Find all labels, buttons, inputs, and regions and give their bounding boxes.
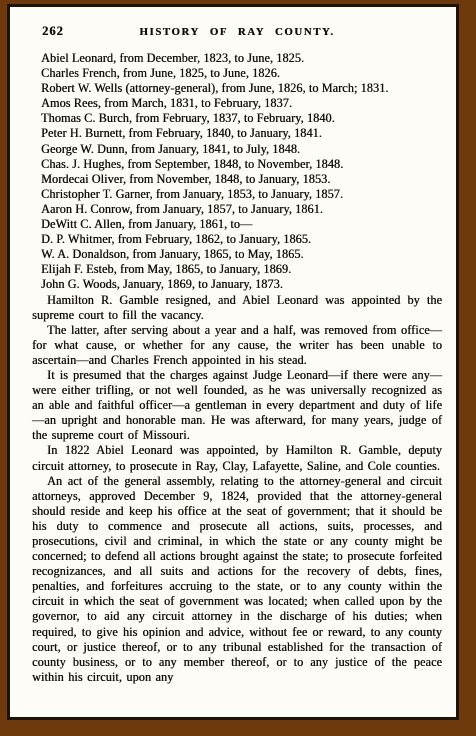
list-item: Aaron H. Conrow, from January, 1857, to … — [41, 202, 442, 217]
page-header: 262 HISTORY OF RAY COUNTY. — [32, 24, 442, 40]
page-number: 262 — [42, 24, 64, 39]
list-item: Peter H. Burnett, from February, 1840, t… — [41, 126, 442, 141]
list-item: Abiel Leonard, from December, 1823, to J… — [41, 51, 442, 66]
paragraph: An act of the general assembly, relating… — [32, 474, 442, 685]
list-item: Chas. J. Hughes, from September, 1848, t… — [41, 157, 442, 172]
paragraph: The latter, after serving about a year a… — [32, 323, 442, 368]
list-item: George W. Dunn, from January, 1841, to J… — [41, 142, 442, 157]
list-item: Robert W. Wells (attorney-general), from… — [41, 81, 442, 96]
list-item: D. P. Whitmer, from February, 1862, to J… — [41, 232, 442, 247]
body-text: Hamilton R. Gamble resigned, and Abiel L… — [32, 293, 442, 685]
paragraph: It is presumed that the charges against … — [32, 368, 442, 443]
list-item: DeWitt C. Allen, from January, 1861, to— — [41, 217, 442, 232]
list-item: Charles French, from June, 1825, to June… — [41, 66, 442, 81]
list-item: Thomas C. Burch, from February, 1837, to… — [41, 111, 442, 126]
running-title: HISTORY OF RAY COUNTY. — [139, 26, 334, 38]
list-item: Amos Rees, from March, 1831, to February… — [41, 96, 442, 111]
list-item: John G. Woods, January, 1869, to January… — [41, 277, 442, 292]
paragraph: In 1822 Abiel Leonard was appointed, by … — [32, 443, 442, 473]
list-item: Mordecai Oliver, from November, 1848, to… — [41, 172, 442, 187]
list-item: Christopher T. Garner, from January, 185… — [41, 187, 442, 202]
paragraph: Hamilton R. Gamble resigned, and Abiel L… — [32, 293, 442, 323]
list-item: W. A. Donaldson, from January, 1865, to … — [41, 247, 442, 262]
attorneys-list: Abiel Leonard, from December, 1823, to J… — [41, 51, 442, 293]
list-item: Elijah F. Esteb, from May, 1865, to Janu… — [41, 262, 442, 277]
book-page: 262 HISTORY OF RAY COUNTY. Abiel Leonard… — [7, 4, 459, 720]
